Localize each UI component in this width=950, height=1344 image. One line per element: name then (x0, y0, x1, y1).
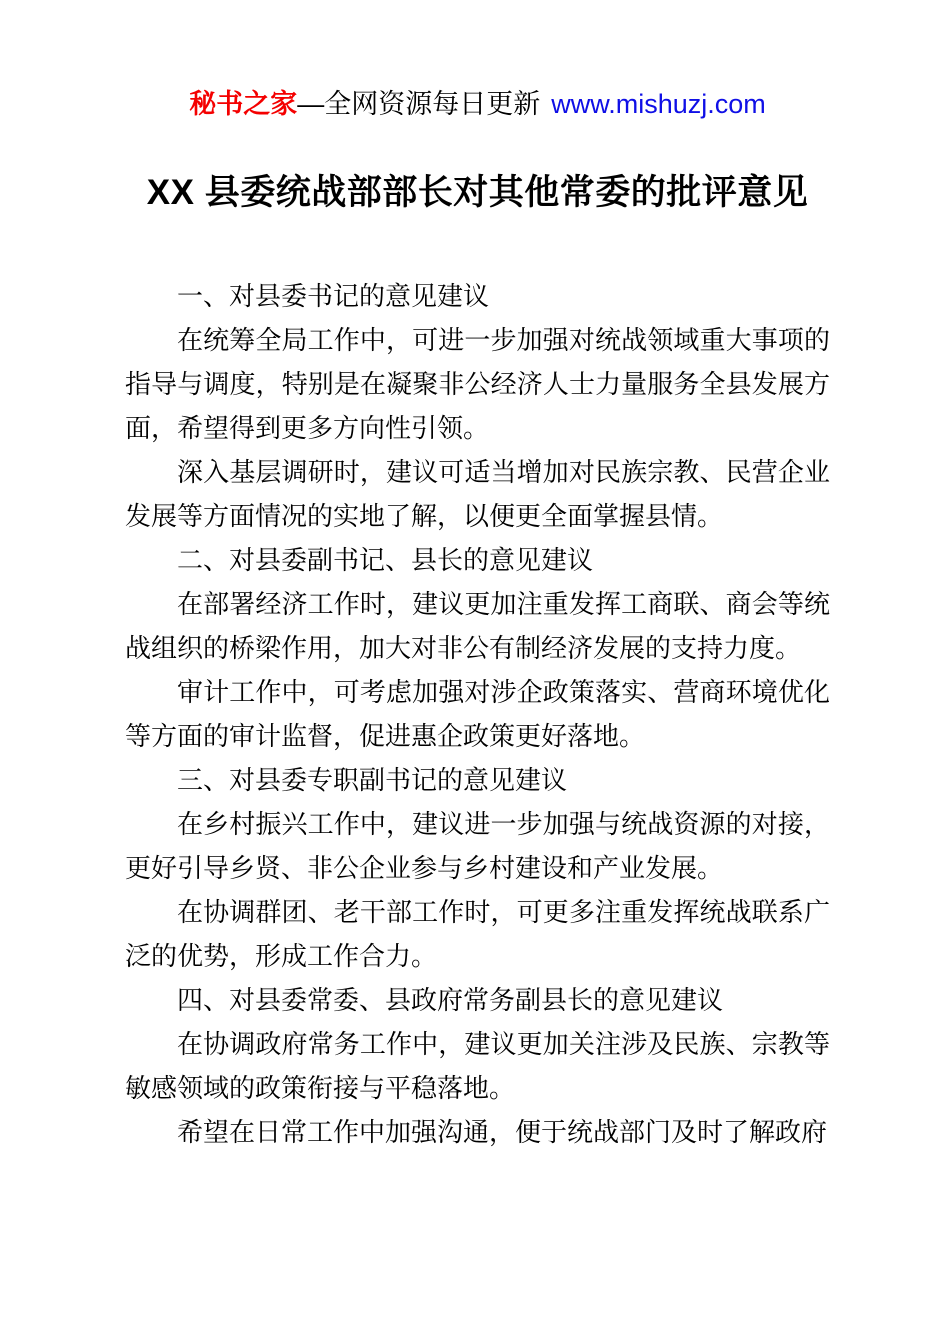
body-paragraph: 深入基层调研时，建议可适当增加对民族宗教、民营企业发展等方面情况的实地了解，以便… (125, 450, 830, 538)
section-heading-3: 三、对县委专职副书记的意见建议 (125, 758, 830, 802)
document-page: 秘书之家—全网资源每日更新www.mishuzj.com XX 县委统战部部长对… (0, 0, 950, 1344)
document-title: XX 县委统战部部长对其他常委的批评意见 (125, 168, 830, 218)
document-body: 一、对县委书记的意见建议 在统筹全局工作中，可进一步加强对统战领域重大事项的指导… (125, 274, 830, 1154)
site-url-link[interactable]: www.mishuzj.com (551, 89, 766, 119)
site-brand: 秘书之家 (189, 89, 297, 119)
body-paragraph: 在统筹全局工作中，可进一步加强对统战领域重大事项的指导与调度，特别是在凝聚非公经… (125, 318, 830, 450)
body-paragraph: 在乡村振兴工作中，建议进一步加强与统战资源的对接，更好引导乡贤、非公企业参与乡村… (125, 802, 830, 890)
body-paragraph: 审计工作中，可考虑加强对涉企政策落实、营商环境优化等方面的审计监督，促进惠企政策… (125, 670, 830, 758)
body-paragraph: 在协调政府常务工作中，建议更加关注涉及民族、宗教等敏感领域的政策衔接与平稳落地。 (125, 1022, 830, 1110)
section-heading-4: 四、对县委常委、县政府常务副县长的意见建议 (125, 978, 830, 1022)
body-paragraph: 希望在日常工作中加强沟通，便于统战部门及时了解政府 (125, 1110, 830, 1154)
body-paragraph: 在协调群团、老干部工作时，可更多注重发挥统战联系广泛的优势，形成工作合力。 (125, 890, 830, 978)
header-dash: — (297, 89, 324, 119)
section-heading-2: 二、对县委副书记、县长的意见建议 (125, 538, 830, 582)
body-paragraph: 在部署经济工作时，建议更加注重发挥工商联、商会等统战组织的桥梁作用，加大对非公有… (125, 582, 830, 670)
site-header: 秘书之家—全网资源每日更新www.mishuzj.com (125, 86, 830, 122)
header-tagline: 全网资源每日更新 (324, 89, 540, 119)
section-heading-1: 一、对县委书记的意见建议 (125, 274, 830, 318)
